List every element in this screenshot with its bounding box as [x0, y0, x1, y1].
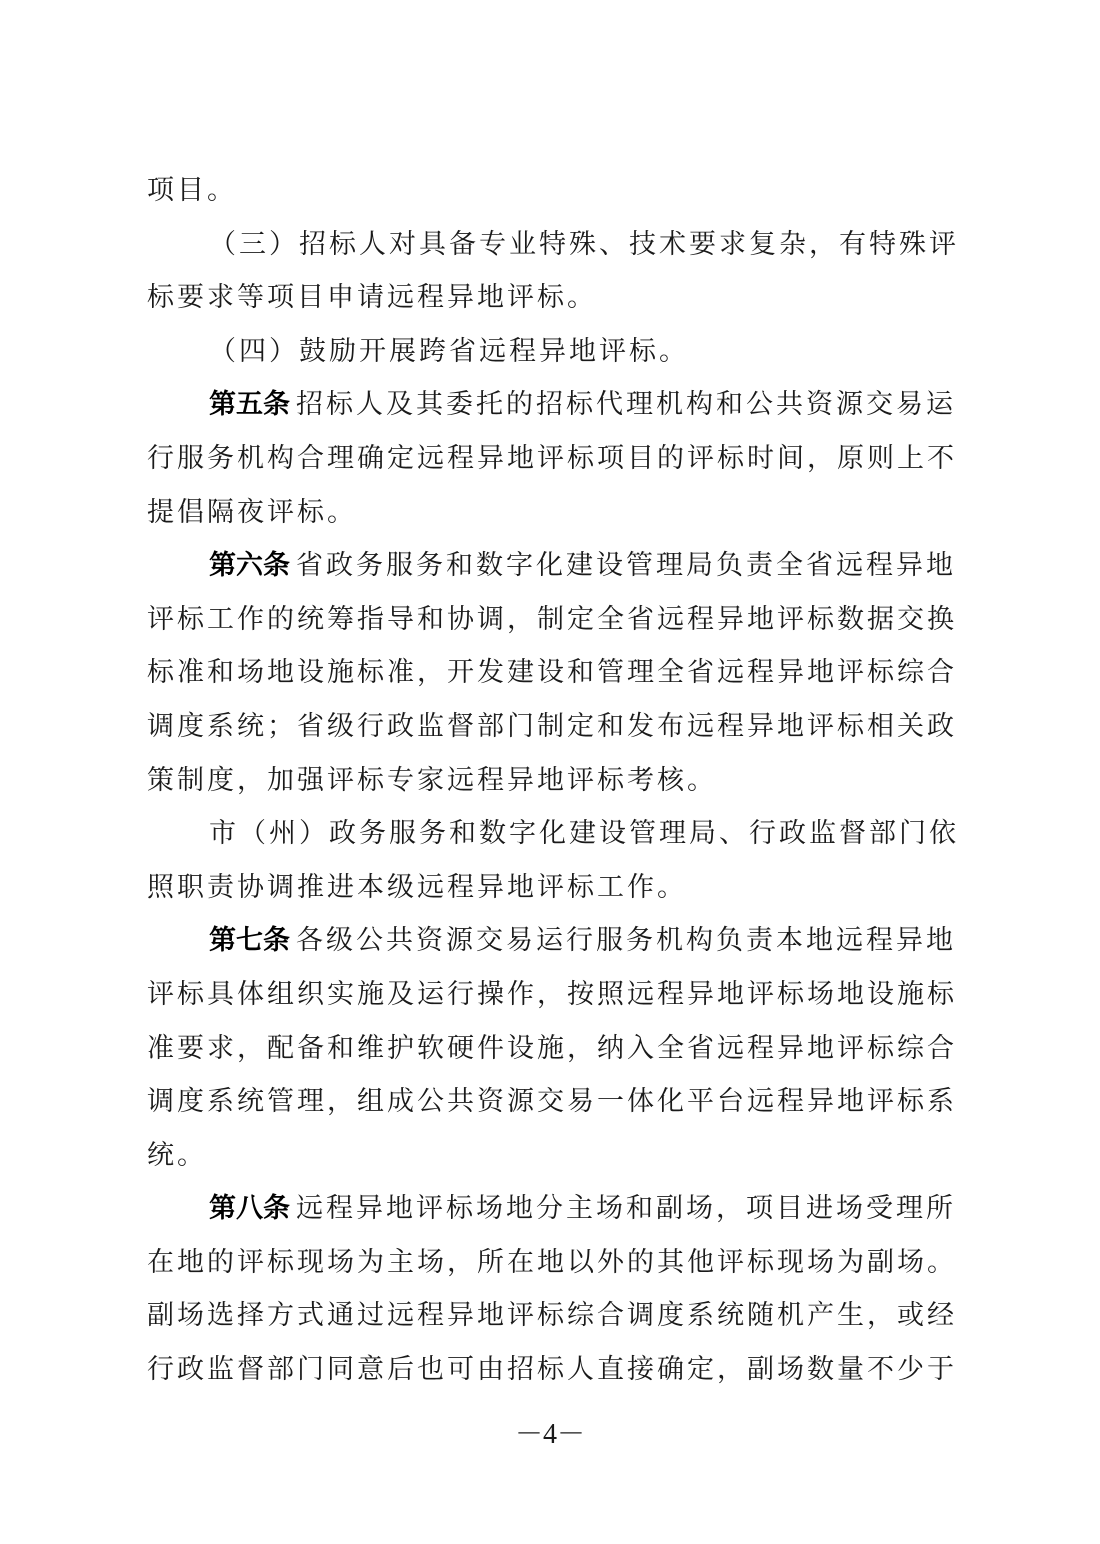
paragraph-line: （三）招标人对具备专业特殊、技术要求复杂，有特殊评 [147, 218, 953, 272]
paragraph-text: 各级公共资源交易运行服务机构负责本地远程异地 [296, 925, 956, 956]
article-6-first-line: 第六条省政务服务和数字化建设管理局负责全省远程异地 [147, 539, 953, 593]
paragraph-line: 提倡隔夜评标。 [147, 486, 953, 540]
paragraph-line: 调度系统；省级行政监督部门制定和发布远程异地评标相关政 [147, 700, 953, 754]
paragraph-text: 省政务服务和数字化建设管理局负责全省远程异地 [296, 550, 956, 581]
paragraph-line: 评标工作的统筹指导和协调，制定全省远程异地评标数据交换 [147, 593, 953, 647]
paragraph-line: 项目。 [147, 164, 953, 218]
article-heading: 第六条 [209, 550, 290, 581]
paragraph-line: 准要求，配备和维护软硬件设施，纳入全省远程异地评标综合 [147, 1022, 953, 1076]
paragraph-line: 统。 [147, 1129, 953, 1183]
article-7-first-line: 第七条各级公共资源交易运行服务机构负责本地远程异地 [147, 914, 953, 968]
paragraph-line: 调度系统管理，组成公共资源交易一体化平台远程异地评标系 [147, 1075, 953, 1129]
article-heading: 第七条 [209, 925, 290, 956]
article-heading: 第八条 [209, 1193, 290, 1224]
paragraph-line: 行政监督部门同意后也可由招标人直接确定，副场数量不少于 [147, 1343, 953, 1397]
document-body: 项目。 （三）招标人对具备专业特殊、技术要求复杂，有特殊评 标要求等项目申请远程… [147, 164, 953, 1397]
paragraph-line: 副场选择方式通过远程异地评标综合调度系统随机产生，或经 [147, 1289, 953, 1343]
paragraph-line: 行服务机构合理确定远程异地评标项目的评标时间，原则上不 [147, 432, 953, 486]
paragraph-text: 招标人及其委托的招标代理机构和公共资源交易运 [296, 389, 956, 420]
paragraph-line: 策制度，加强评标专家远程异地评标考核。 [147, 754, 953, 808]
paragraph-line: 照职责协调推进本级远程异地评标工作。 [147, 861, 953, 915]
paragraph-line: （四）鼓励开展跨省远程异地评标。 [147, 325, 953, 379]
article-heading: 第五条 [209, 389, 290, 420]
article-8-first-line: 第八条远程异地评标场地分主场和副场，项目进场受理所 [147, 1182, 953, 1236]
paragraph-text: 远程异地评标场地分主场和副场，项目进场受理所 [296, 1193, 956, 1224]
article-5-first-line: 第五条招标人及其委托的招标代理机构和公共资源交易运 [147, 378, 953, 432]
paragraph-line: 在地的评标现场为主场，所在地以外的其他评标现场为副场。 [147, 1236, 953, 1290]
paragraph-line: 评标具体组织实施及运行操作，按照远程异地评标场地设施标 [147, 968, 953, 1022]
paragraph-line: 标准和场地设施标准，开发建设和管理全省远程异地评标综合 [147, 646, 953, 700]
paragraph-line: 标要求等项目申请远程异地评标。 [147, 271, 953, 325]
page-number: －4－ [0, 1412, 1100, 1452]
paragraph-line: 市（州）政务服务和数字化建设管理局、行政监督部门依 [147, 807, 953, 861]
